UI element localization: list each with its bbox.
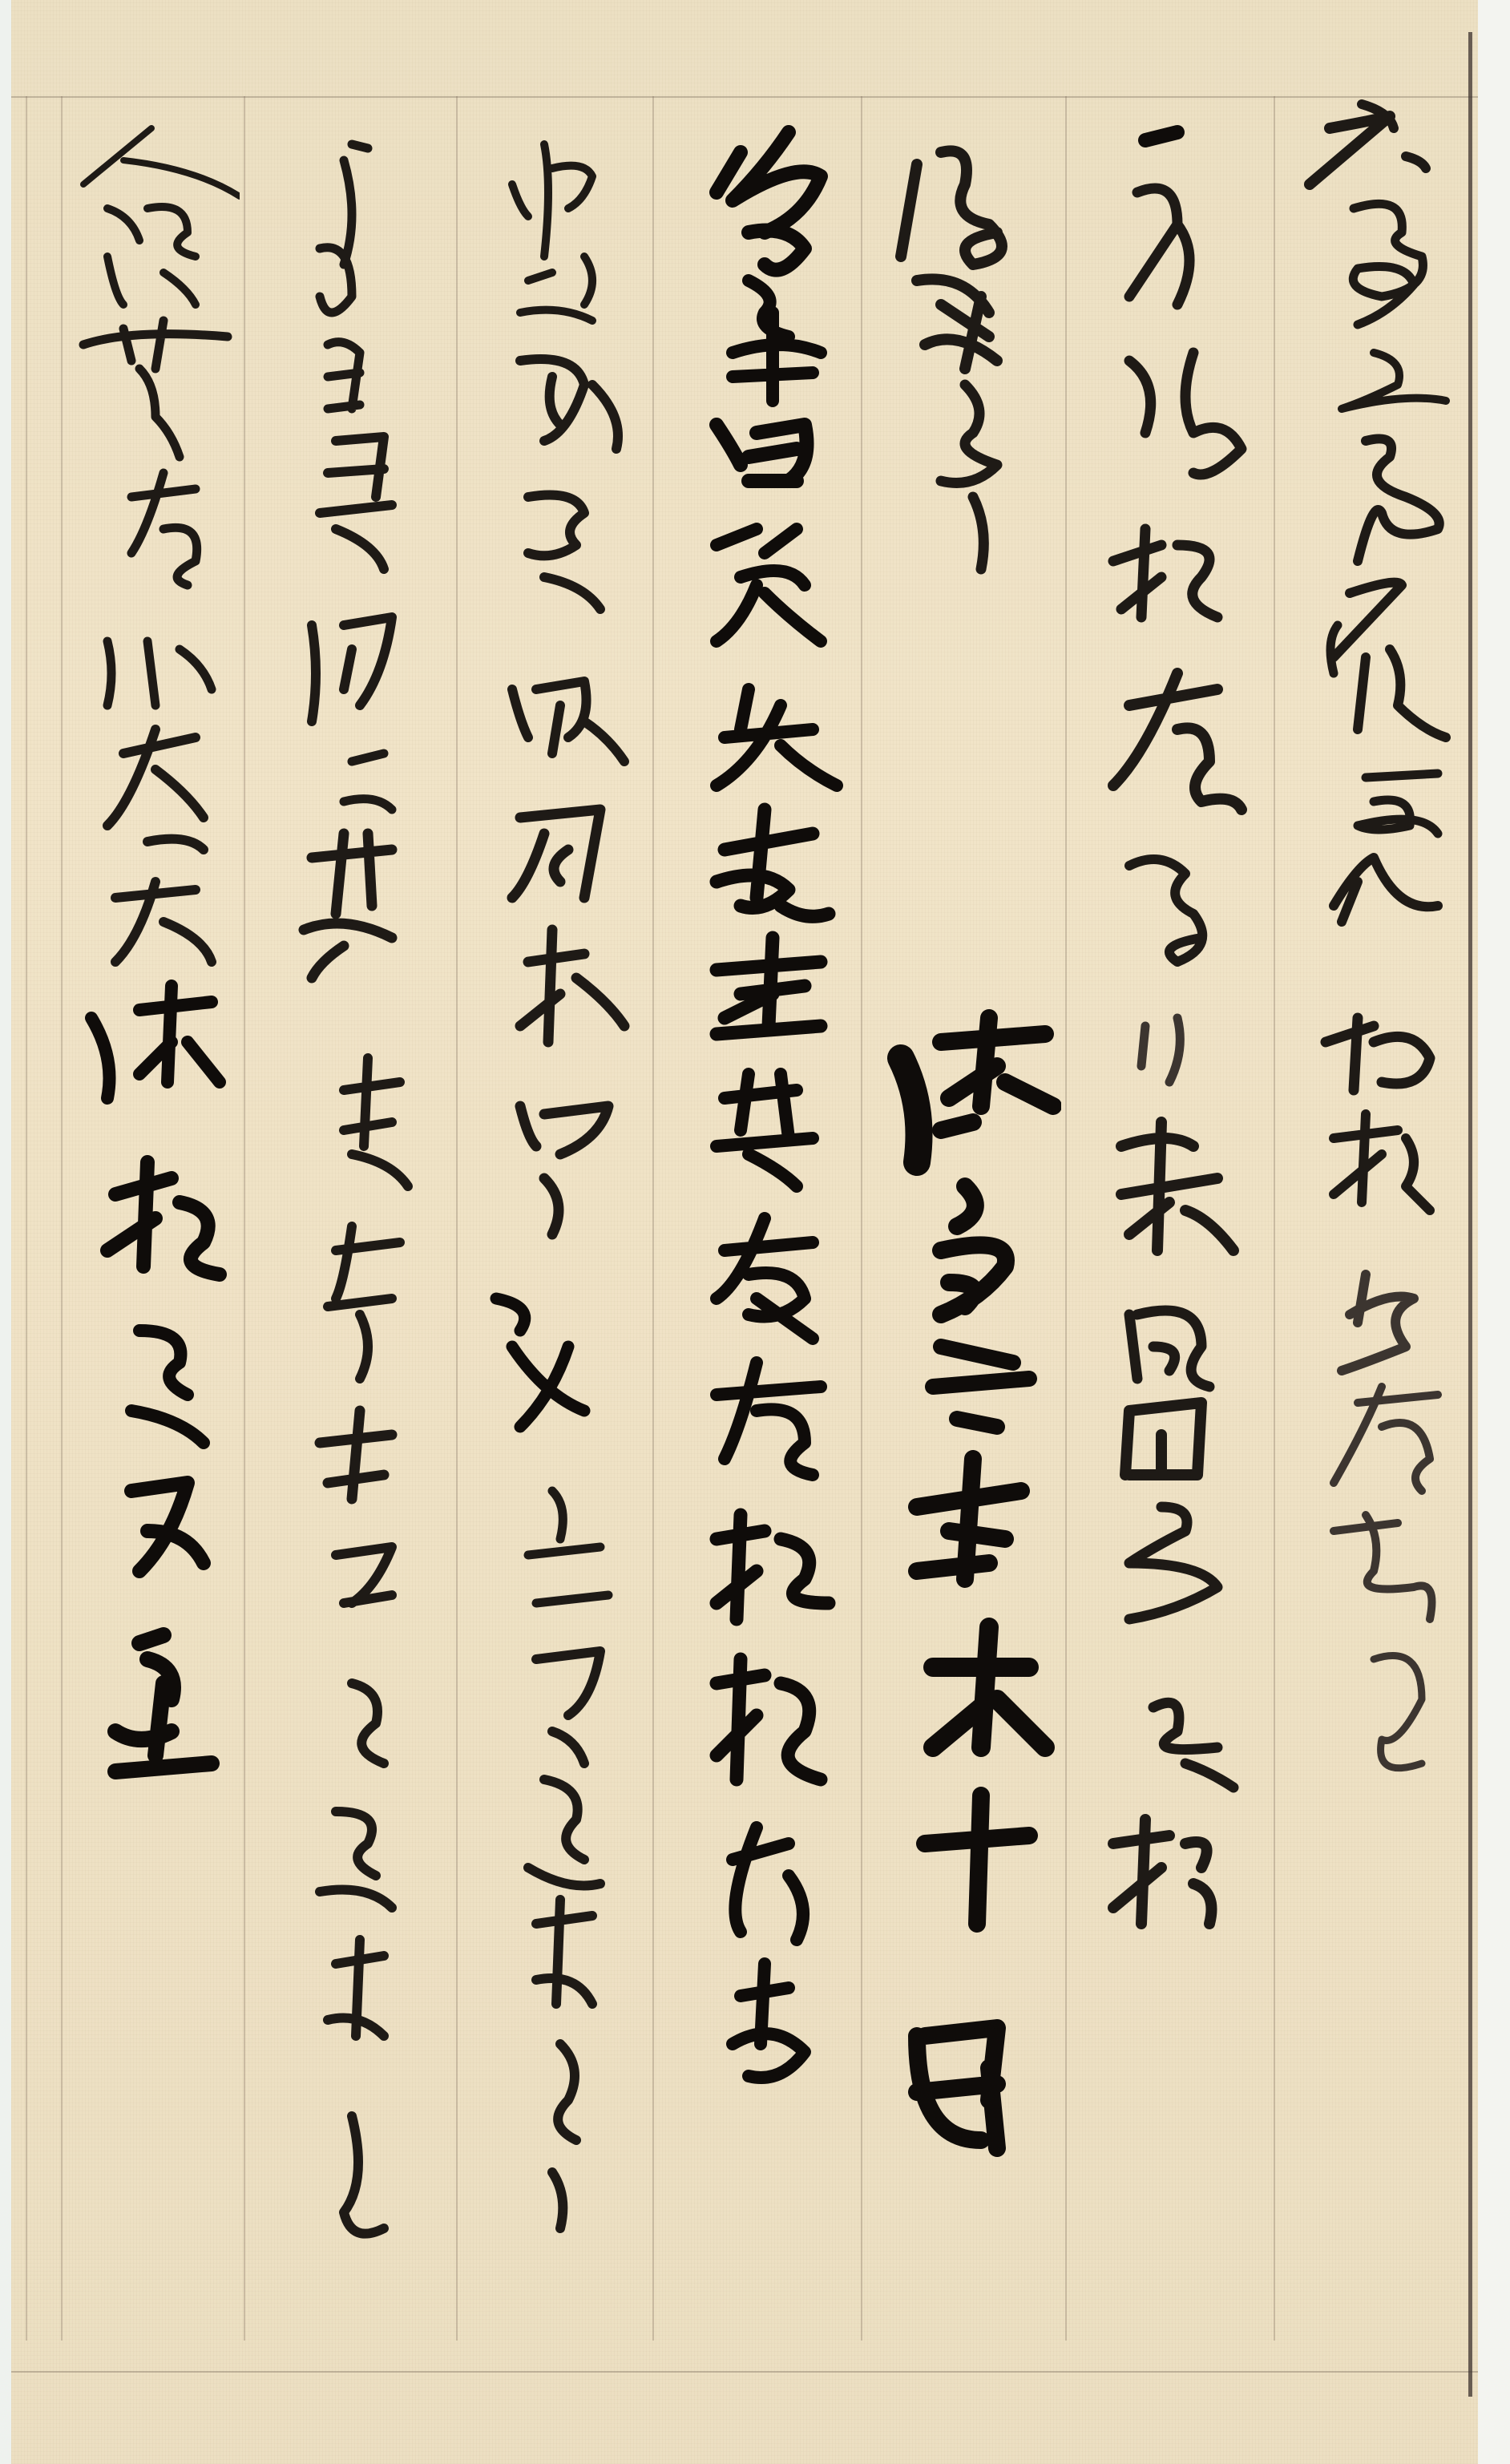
manuscript-page: 亦可见矣而况可得於长庆理 可转於有意八生於内心冬至於	[11, 0, 1486, 2464]
text-column-4: 曾子曰笑文夷疑蒙春安疑杨必	[668, 96, 861, 2325]
calligraphy-strokes	[869, 96, 1061, 2325]
column-rule	[26, 96, 27, 2341]
text-column-3: 得之矣陈多之年本十五	[869, 96, 1061, 2325]
calligraphy-strokes	[67, 96, 240, 2325]
text-column-2: 可转於有意八生於内心冬至於	[1081, 96, 1266, 2325]
calligraphy-strokes	[1081, 96, 1266, 2325]
text-column-7: 人注然而无失父子法能子多亦	[67, 96, 240, 2325]
calligraphy-strokes	[464, 96, 648, 2325]
column-rule	[61, 96, 63, 2341]
calligraphy-strokes	[668, 96, 861, 2325]
calligraphy-strokes	[1286, 96, 1462, 2325]
text-column-6: 子曰是何之与黄事子是也	[256, 96, 452, 2325]
calligraphy-strokes	[256, 96, 452, 2325]
text-column-1: 亦可见矣而况可得於长庆理	[1286, 96, 1462, 2325]
text-column-5: 其言前冬形而子从文一可得之	[464, 96, 648, 2325]
scan-margin	[1478, 0, 1510, 2464]
bottom-rule-line	[11, 2371, 1478, 2373]
